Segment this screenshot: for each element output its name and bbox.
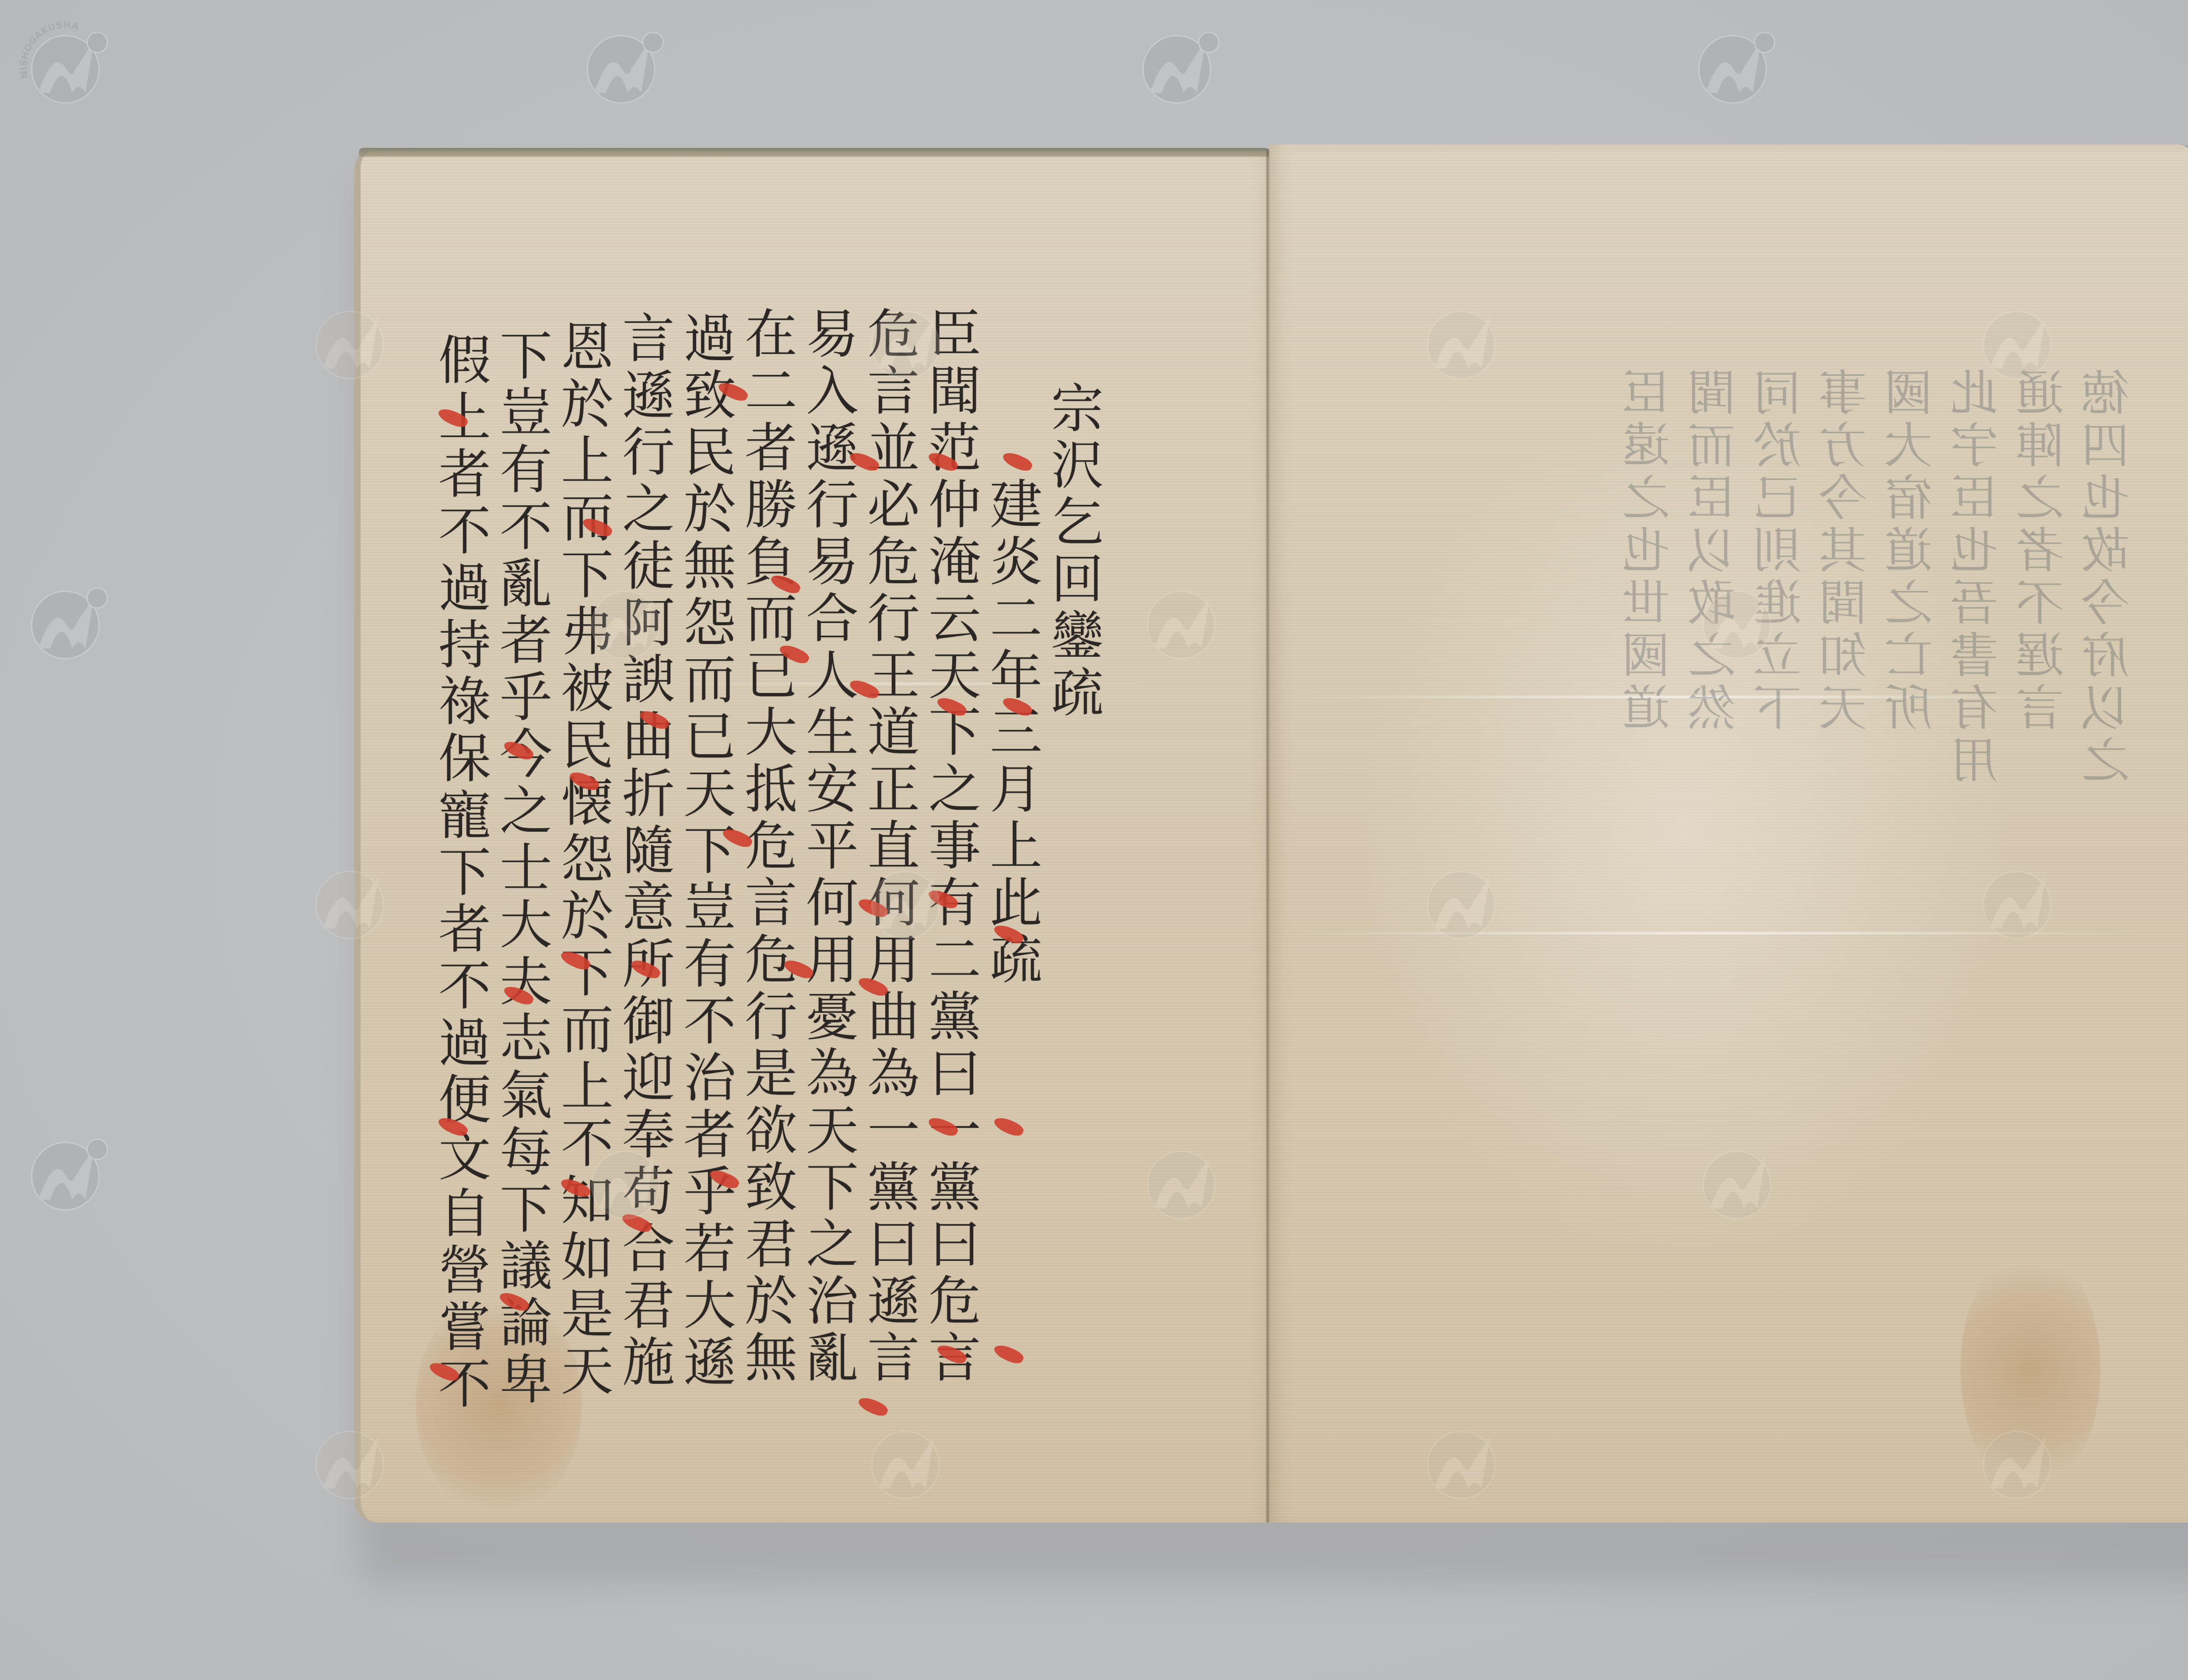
watermark-logo: NISHOGAKUSHA: [13, 13, 123, 114]
watermark-logo: [1129, 1129, 1238, 1229]
watermark-logo: [1409, 1409, 1518, 1509]
watermark-logo: [1125, 13, 1234, 114]
text-column-4: 在二者勝負而已大抵危言危行是欲致君於無: [740, 306, 792, 1470]
bleed-column: 臣遠之也世國道: [1623, 367, 1672, 1461]
watermark-logo: [1685, 569, 1794, 669]
watermark-logo: [1965, 289, 2074, 389]
spine-fold: [1266, 149, 1269, 1522]
watermark-logo: [853, 1409, 963, 1509]
watermark-logo: [1409, 289, 1518, 389]
text-column-5: 過致民於無怨而已天下豈有不治者乎若大遜: [679, 306, 731, 1470]
nishogakusha-logo-icon: NISHOGAKUSHA: [13, 13, 123, 114]
watermark-logo: [13, 569, 123, 669]
top-binding-edge: [359, 148, 1269, 157]
text-column-3: 易入遜行易合人生安平何用憂為天下之治亂: [802, 306, 853, 1470]
watermark-logo: [853, 849, 963, 949]
watermark-logo: [298, 1409, 407, 1509]
text-column-6: 言遜行之徒阿諛曲折隨意所御迎奉苟合君施: [618, 306, 670, 1470]
watermark-logo: [1685, 1129, 1794, 1229]
document-subtitle: 建炎二年三月上此疏: [985, 306, 1037, 1470]
watermark-logo: [853, 289, 963, 389]
watermark-logo: [573, 569, 683, 669]
text-column-9: 假上者不過持祿保寵下者不過便文自營嘗不: [434, 306, 486, 1470]
text-column-7: 恩於上而下弗被民懐怨於下而上不知如是天: [557, 306, 608, 1470]
document-title: 宗沢乞回鑾疏: [1047, 306, 1098, 1470]
watermark-logo: [1965, 849, 2074, 949]
watermark-logo: [569, 13, 678, 114]
watermark-logo: [1965, 1409, 2074, 1509]
bleed-column: 事方今其聞知天: [1820, 367, 1869, 1461]
bleed-column: 徳四也故今府以之: [2083, 367, 2131, 1461]
left-page-text: 宗沢乞回鑾疏 建炎二年三月上此疏 臣聞范仲淹云天下之事有二黨曰一黨曰危言 危言並…: [381, 306, 1098, 1470]
watermark-logo: [1129, 569, 1238, 669]
watermark-logo: [298, 289, 407, 389]
watermark-logo: [573, 1129, 683, 1229]
bleed-column: 國大宿道之亡所: [1886, 367, 1934, 1461]
watermark-logo: [1680, 13, 1790, 114]
bleed-column: 聞而臣以敢之然: [1689, 367, 1737, 1461]
watermark-logo: [1409, 849, 1518, 949]
bleed-column: 同於已則進立下: [1755, 367, 1803, 1461]
watermark-logo: [298, 849, 407, 949]
watermark-logo: [13, 1120, 123, 1221]
